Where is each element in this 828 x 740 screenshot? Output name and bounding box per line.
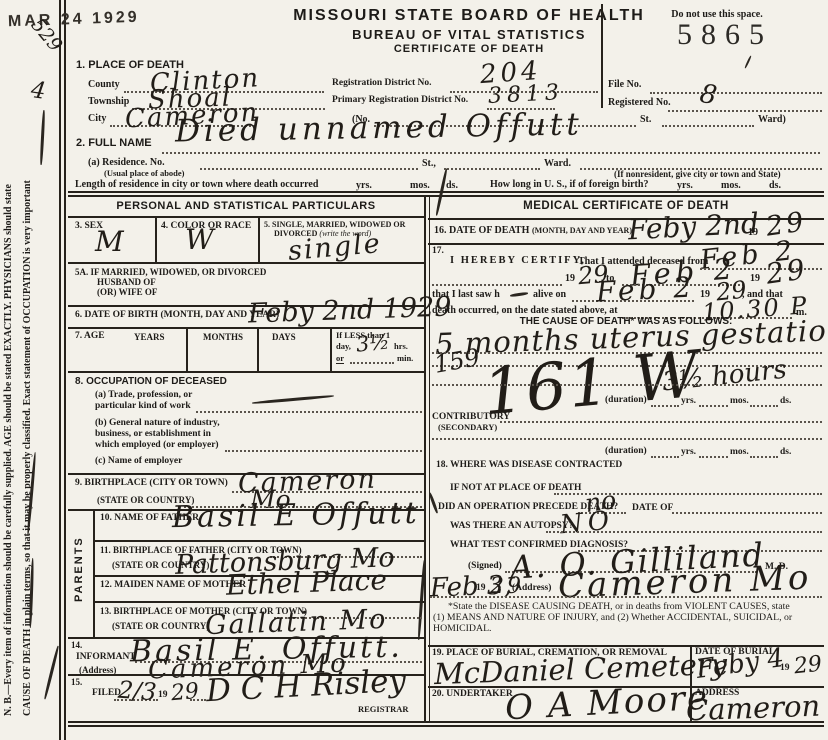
residence-st-label: St., (422, 159, 436, 169)
residence-ward-label: Ward. (544, 159, 571, 169)
date-of-birth-value: Feby 2nd 1929 (248, 293, 452, 327)
occupation-a-line1: (a) Trade, profession, or (95, 391, 192, 401)
registrar-signature: D C H Risley (205, 666, 406, 707)
occupation-b-line2: business, or establishment in (95, 430, 211, 440)
min-label: min. (397, 354, 413, 363)
mother-maiden-name-value: Ethel Place (226, 566, 388, 600)
last-saw-value: Feb 2 (595, 273, 695, 306)
disease-contracted-label: 18. WHERE WAS DISEASE CONTRACTED (436, 461, 622, 471)
dotted-line (662, 125, 754, 127)
rule (186, 327, 188, 371)
attended-to-year-value: 29 (764, 255, 809, 289)
from-year-prefix: 19 (565, 274, 575, 284)
mos-label: mos. (410, 181, 430, 191)
birthplace-label: 9. BIRTHPLACE (CITY OR TOWN) (75, 479, 228, 489)
dotted-line (651, 405, 679, 407)
occupation-heading: 8. OCCUPATION OF DECEASED (75, 377, 227, 387)
column-divider-right (429, 196, 431, 723)
rule (68, 216, 424, 218)
header-double-rule-bottom (68, 195, 824, 197)
city-label: City (88, 114, 106, 124)
months-label: MONTHS (203, 333, 243, 342)
dotted-line (190, 699, 206, 701)
occupation-c-label: (c) Name of employer (95, 457, 182, 467)
rule (93, 601, 424, 603)
header-double-rule-top (68, 191, 824, 193)
full-name-value: Died unnamed Offutt (175, 109, 583, 147)
dotted-line (546, 531, 822, 533)
dotted-line (444, 168, 540, 170)
city-ward-label: Ward) (758, 115, 786, 125)
undertaker-value: O A Moore (504, 681, 710, 726)
nonresident-note: (If nonresident, give city or town and S… (614, 170, 781, 179)
rule (93, 540, 424, 542)
footnote-line3: HOMICIDAL. (433, 624, 492, 634)
duration2-yrs-label: yrs. (681, 448, 696, 458)
left-double-rule-inner (64, 0, 66, 740)
mother-maiden-name-label: 12. MAIDEN NAME OF MOTHER (100, 581, 246, 591)
dotted-line (432, 438, 822, 440)
ds-label: ds. (769, 181, 781, 191)
yrs-label: yrs. (677, 181, 693, 191)
autopsy-answer: NO (559, 508, 615, 539)
rule (258, 216, 260, 263)
certificate-number: 5865 (640, 20, 810, 50)
burial-year-prefix: 19 (780, 664, 790, 674)
days-label: DAYS (272, 333, 296, 342)
or-label: or (336, 354, 344, 364)
dotted-line (699, 405, 728, 407)
rule (93, 509, 95, 637)
death-occurred-label: death occurred, on the date stated above… (432, 306, 618, 316)
marital-label-line1: 5. SINGLE, MARRIED, WIDOWED OR (264, 221, 405, 229)
rule (68, 371, 424, 373)
column-divider-left (424, 196, 426, 723)
dotted-line (350, 362, 394, 364)
duration2-label: (duration) (605, 447, 647, 457)
filed-year-value: 29 (170, 681, 200, 705)
date-of-death-value: Feby 2nd (627, 210, 759, 245)
residence-label: (a) Residence. No. (88, 158, 165, 168)
dotted-line (750, 405, 778, 407)
left-double-rule-outer (59, 0, 61, 740)
rule (330, 327, 332, 371)
footnote-line2: (1) MEANS AND NATURE OF INJURY, and (2) … (433, 613, 792, 623)
footnote-line1: *State the DISEASE CAUSING DEATH, or in … (448, 602, 790, 612)
date-of-death-sublabel: (MONTH, DAY AND YEAR) (532, 227, 632, 235)
dotted-line (651, 456, 679, 458)
hrs-label: hrs. (394, 342, 408, 351)
informant-label: INFORMANT (76, 653, 136, 663)
duration2-mos-label: mos. (730, 448, 749, 458)
pen-stroke (252, 394, 334, 404)
file-no-label: File No. (608, 80, 641, 90)
mos-label: mos. (721, 181, 741, 191)
rule (155, 216, 157, 263)
years-label: YEARS (134, 333, 165, 342)
item-17-number: 17. (432, 247, 444, 257)
city-st-label: St. (640, 115, 651, 125)
rule (257, 327, 259, 371)
abode-label: (Usual place of abode) (104, 169, 185, 178)
dotted-line (500, 421, 822, 423)
cause-code-small: 159 (432, 345, 481, 377)
sign-year-prefix: 19 (476, 584, 486, 594)
county-label: County (88, 80, 120, 90)
day-label: day, (336, 342, 351, 351)
margin-handwritten-four: 4 (29, 79, 47, 104)
duration-yrs-label: yrs. (681, 397, 696, 407)
primary-district-value: 3813 (487, 82, 564, 108)
dotted-line (699, 456, 728, 458)
undertaker-label: 20. UNDERTAKER (432, 690, 513, 700)
occupation-b-line1: (b) General nature of industry, (95, 419, 220, 429)
dod-year-prefix: 19 (748, 228, 758, 238)
undertaker-address-value: Cameron Mo (686, 690, 828, 726)
dotted-line (672, 512, 822, 514)
if-married-label: 5A. IF MARRIED, WIDOWED, OR DIVORCED (75, 268, 266, 277)
primary-district-label: Primary Registration District No. (332, 96, 468, 106)
dotted-line (196, 411, 422, 413)
registrar-label: REGISTRAR (358, 705, 409, 714)
yrs-label: yrs. (356, 181, 372, 191)
race-value: W (185, 226, 214, 254)
occupation-b-line3: which employed (or employer) (95, 441, 219, 451)
duration-ds-label: ds. (780, 397, 791, 407)
date-of-label: DATE OF (632, 504, 673, 514)
duration2-ds-label: ds. (780, 448, 791, 458)
wife-of-label: (OR) WIFE OF (97, 288, 157, 297)
rule (68, 327, 424, 329)
how-long-in-us-label: How long in U. S., if of foreign birth? (490, 180, 648, 190)
duration-label: (duration) (605, 396, 647, 406)
registration-district-label: Registration District No. (332, 79, 431, 89)
dotted-line (430, 596, 822, 598)
burial-year-value: 29 (793, 654, 823, 679)
dotted-line (668, 110, 822, 112)
age-label: 7. AGE (75, 332, 105, 342)
parents-vertical-label: PARENTS (74, 536, 85, 602)
do-not-use-box-divider (601, 4, 603, 108)
alive-on-label: alive on (533, 290, 566, 300)
registered-no-value: 8 (698, 81, 719, 109)
township-label: Township (88, 97, 129, 107)
duration-mos-label: mos. (730, 397, 749, 407)
filed-number: 15. (71, 678, 82, 687)
margin-note-outer: N. B.—Every item of information should b… (4, 184, 14, 716)
date-of-death-label: 16. DATE OF DEATH (434, 226, 529, 236)
occupation-a-line2: particular kind of work (95, 402, 191, 412)
husband-of-label: HUSBAND OF (97, 278, 156, 287)
filed-day-value: 2/3 (117, 678, 157, 705)
dotted-line (432, 284, 562, 286)
age-hours-value: 3½ (355, 331, 391, 355)
sign-address-label: (Address) (512, 584, 551, 594)
pen-stroke (510, 292, 528, 297)
secondary-label: (SECONDARY) (438, 423, 497, 432)
informant-number: 14. (71, 641, 82, 650)
registered-no-label: Registered No. (608, 98, 671, 108)
father-name-value: Basil E Offutt (172, 499, 420, 533)
dotted-line (225, 450, 422, 452)
last-saw-label: that I last saw h (432, 290, 500, 300)
to-year-prefix: 19 (750, 274, 760, 284)
ds-label: ds. (446, 181, 458, 191)
dotted-line (650, 92, 822, 94)
dotted-line (162, 152, 820, 154)
mother-birthplace-state-label: (STATE OR COUNTRY) (112, 622, 209, 631)
dotted-line (200, 168, 418, 170)
full-name-label: 2. FULL NAME (76, 138, 152, 149)
marital-value: single (287, 230, 383, 265)
pen-stroke (744, 55, 752, 69)
dotted-line (750, 456, 778, 458)
rule (68, 262, 424, 264)
margin-note-inner: CAUSE OF DEATH in plain terms, so that i… (23, 180, 33, 716)
certify-label-bold: I HEREBY CERTIFY, (450, 256, 586, 267)
personal-particulars-heading: PERSONAL AND STATISTICAL PARTICULARS (68, 201, 424, 212)
filed-year-prefix: 19 (158, 691, 168, 701)
sex-value: M (95, 228, 124, 256)
length-of-residence-label: Length of residence in city or town wher… (75, 180, 318, 190)
death-certificate-document: N. B.—Every item of information should b… (0, 0, 828, 740)
pen-stroke (43, 646, 59, 700)
pen-stroke (40, 110, 45, 165)
